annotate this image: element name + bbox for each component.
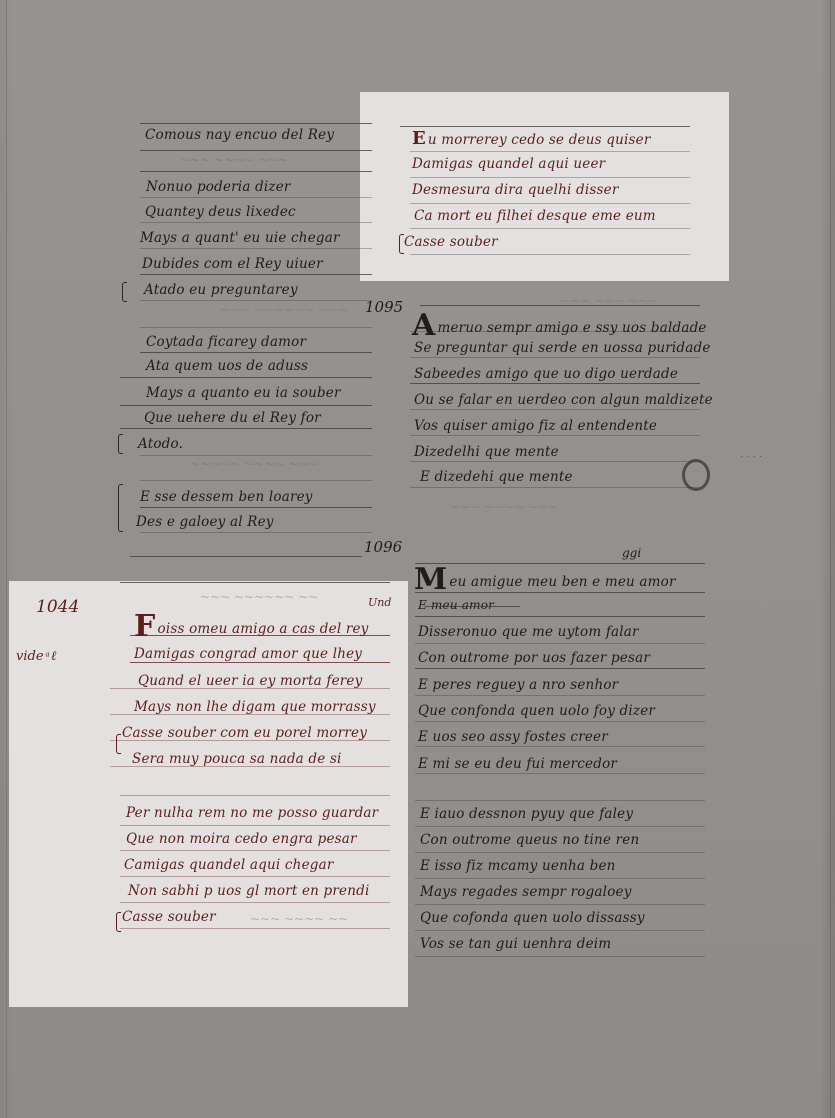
verse-line: Que confonda quen uolo foy dizer bbox=[418, 703, 655, 719]
verse-line: Nonuo poderia dizer bbox=[146, 179, 291, 195]
ink-circle-mark bbox=[682, 459, 710, 491]
verse-text: oiss omeu amigo a cas del rey bbox=[158, 621, 369, 637]
ruled-line bbox=[130, 556, 362, 557]
show-through-text: ~~~ ~~~ ~~~ bbox=[560, 294, 658, 308]
verse-line: Dizedelhi que mente bbox=[414, 444, 559, 460]
ruled-line bbox=[140, 248, 372, 249]
verse-line: Foiss omeu amigo a cas del rey bbox=[134, 612, 369, 642]
verse-line: Atodo. bbox=[138, 436, 183, 452]
ruled-line bbox=[140, 352, 372, 353]
verse-line: Camigas quandel aqui chegar bbox=[124, 857, 334, 873]
ruled-line bbox=[410, 203, 690, 204]
verse-line: Quand el ueer ia ey morta ferey bbox=[138, 673, 362, 689]
verse-line: Casse souber com eu porel morrey bbox=[122, 725, 367, 741]
folio-number-1044: 1044 bbox=[36, 597, 79, 617]
verse-line: Mays regades sempr rogaloey bbox=[420, 884, 632, 900]
initial-letter: M bbox=[414, 562, 447, 597]
verse-text: u morrerey cedo se deus quiser bbox=[428, 132, 651, 148]
show-through-text: ~~~ ~~~~~~ ~~ bbox=[200, 590, 318, 604]
verse-line: Vos quiser amigo fiz al entendente bbox=[414, 418, 657, 434]
strike-through-mark bbox=[425, 606, 520, 607]
verse-line: E uos seo assy fostes creer bbox=[418, 729, 608, 745]
initial-letter: E bbox=[412, 128, 426, 149]
ruled-line bbox=[415, 695, 705, 696]
folio-number-1095: 1095 bbox=[365, 298, 403, 316]
verse-line: Non sabhi p uos gl mort en prendi bbox=[128, 883, 370, 899]
ruled-line bbox=[415, 930, 705, 931]
marginal-note-ggi: ggi bbox=[622, 546, 641, 560]
marginal-note-und: Und bbox=[368, 596, 391, 609]
verse-line: E mi se eu deu fui mercedor bbox=[418, 756, 617, 772]
verse-line: E iauo dessnon pyuy que faley bbox=[420, 806, 633, 822]
show-through-text: ~~~ ~~~~ ~~~ bbox=[450, 500, 558, 514]
ruled-line bbox=[120, 405, 372, 406]
verse-line: Con outrome por uos fazer pesar bbox=[418, 650, 650, 666]
verse-line: Sera muy pouca sa nada de si bbox=[132, 751, 342, 767]
verse-line: Ou se falar en uerdeo con algun maldizet… bbox=[414, 392, 713, 408]
ruled-line bbox=[410, 435, 700, 436]
initial-letter: A bbox=[412, 308, 435, 343]
verse-line: Dubides com el Rey uiuer bbox=[142, 256, 323, 272]
ruled-line bbox=[140, 197, 372, 198]
ruled-line bbox=[415, 956, 705, 957]
verse-line: Que cofonda quen uolo dissassy bbox=[420, 910, 645, 926]
verse-line: Ca mort eu filhei desque eme eum bbox=[414, 208, 656, 224]
ruled-line bbox=[140, 274, 372, 275]
folio-number-1096: 1096 bbox=[364, 538, 402, 556]
verse-line-struck: E meu amor bbox=[418, 598, 494, 612]
verse-text: eu amigue meu ben e meu amor bbox=[449, 574, 675, 590]
ruled-line bbox=[415, 746, 705, 747]
ruled-line bbox=[410, 228, 690, 229]
verse-line: Se preguntar qui serde en uossa puridade bbox=[414, 340, 711, 356]
ruled-line bbox=[140, 480, 372, 481]
ruled-line bbox=[415, 852, 705, 853]
verse-line: Con outrome queus no tine ren bbox=[420, 832, 639, 848]
ruled-line bbox=[410, 357, 700, 358]
poem-heading: Comous nay encuo del Rey bbox=[145, 127, 334, 143]
verse-line: E dizedehi que mente bbox=[420, 469, 573, 485]
verse-line: Desmesura dira quelhi disser bbox=[412, 182, 619, 198]
verse-line: Que uehere du el Rey for bbox=[144, 410, 321, 426]
verse-text: meruo sempr amigo e ssy uos baldade bbox=[437, 320, 706, 336]
ruled-line bbox=[140, 327, 372, 328]
ruled-line bbox=[140, 532, 372, 533]
show-through-text: ~~~ ~~~~~~ ~~~ bbox=[220, 303, 348, 317]
verse-line: Sabeedes amigo que uo digo uerdade bbox=[414, 366, 678, 382]
show-through-text: ~~~~~ ~~~~ ~~~ bbox=[190, 457, 318, 471]
ruled-line bbox=[120, 582, 390, 583]
refrain-bracket bbox=[116, 734, 121, 754]
marginal-note-faint: · · · · bbox=[740, 452, 762, 463]
refrain-bracket bbox=[116, 912, 121, 932]
verse-line: Ameruo sempr amigo e ssy uos baldade bbox=[412, 311, 707, 341]
ruled-line bbox=[415, 904, 705, 905]
verse-line: Mays a quanto eu ia souber bbox=[146, 385, 341, 401]
verse-line: Casse souber bbox=[122, 909, 216, 925]
manuscript-page: ~~~ ~~~~ ~~~ ~~~ ~~~~~~ ~~~ ~~~~~ ~~~~ ~… bbox=[0, 0, 835, 1118]
verse-line: Que non moira cedo engra pesar bbox=[126, 831, 357, 847]
ruled-line bbox=[120, 902, 390, 903]
verse-line: Des e galoey al Rey bbox=[136, 514, 274, 530]
ruled-line bbox=[415, 721, 705, 722]
verse-line: Atado eu preguntarey bbox=[144, 282, 298, 298]
ruled-line bbox=[415, 616, 705, 617]
verse-line: Damigas quandel aqui ueer bbox=[412, 156, 605, 172]
initial-letter: F bbox=[134, 609, 156, 644]
verse-line: Damigas congrad amor que lhey bbox=[134, 646, 362, 662]
verse-line: E sse dessem ben loarey bbox=[140, 489, 313, 505]
ruled-line bbox=[415, 826, 705, 827]
ruled-line bbox=[140, 507, 372, 508]
ruled-line bbox=[140, 150, 372, 151]
page-left-edge bbox=[6, 0, 7, 1118]
ruled-line bbox=[120, 928, 390, 929]
ruled-line bbox=[410, 461, 700, 462]
verse-line: Eu morrerey cedo se deus quiser bbox=[412, 130, 650, 148]
verse-line: Mays a quant' eu uie chegar bbox=[140, 230, 340, 246]
verse-line: Coytada ficarey damor bbox=[146, 334, 306, 350]
ruled-line bbox=[120, 795, 390, 796]
verse-line: Per nulha rem no me posso guardar bbox=[126, 805, 378, 821]
verse-line: E isso fiz mcamy uenha ben bbox=[420, 858, 616, 874]
ruled-line bbox=[140, 123, 372, 124]
show-through-text: ~~~ ~~~~ ~~~ bbox=[180, 153, 288, 167]
verse-line: Vos se tan gui uenhra deim bbox=[420, 936, 611, 952]
refrain-bracket bbox=[118, 484, 123, 532]
ruled-line bbox=[410, 254, 690, 255]
ruled-line bbox=[120, 876, 390, 877]
marginal-note-vide: vide ͣ ℓ bbox=[16, 648, 56, 664]
refrain-bracket bbox=[118, 434, 123, 454]
verse-line: E peres reguey a nro senhor bbox=[418, 677, 618, 693]
ruled-line bbox=[410, 383, 700, 384]
ruled-line bbox=[415, 878, 705, 879]
ruled-line bbox=[120, 377, 372, 378]
ruled-line bbox=[415, 563, 705, 564]
show-through-text: ~~~ ~~~~ ~~ bbox=[250, 912, 348, 926]
ruled-line bbox=[120, 850, 390, 851]
ruled-line bbox=[140, 171, 372, 172]
ruled-line bbox=[140, 300, 372, 301]
ruled-line bbox=[400, 126, 690, 127]
verse-line: Disseronuo que me uytom falar bbox=[418, 624, 639, 640]
verse-line: Quantey deus lixedec bbox=[145, 204, 296, 220]
verse-line: Ata quem uos de aduss bbox=[146, 358, 308, 374]
verse-line: Meu amigue meu ben e meu amor bbox=[414, 565, 676, 595]
ruled-line bbox=[120, 428, 372, 429]
ruled-line bbox=[130, 662, 390, 663]
ruled-line bbox=[410, 487, 700, 488]
ruled-line bbox=[410, 177, 690, 178]
ruled-line bbox=[415, 668, 705, 669]
refrain-bracket bbox=[122, 282, 127, 302]
verse-line: Mays non lhe digam que morrassy bbox=[134, 699, 376, 715]
ruled-line bbox=[410, 409, 700, 410]
ruled-line bbox=[120, 825, 390, 826]
ruled-line bbox=[140, 222, 372, 223]
ruled-line bbox=[415, 773, 705, 774]
verse-line: Casse souber bbox=[404, 234, 498, 250]
ruled-line bbox=[140, 455, 372, 456]
ruled-line bbox=[415, 643, 705, 644]
page-right-edge bbox=[830, 0, 831, 1118]
ruled-line bbox=[410, 151, 690, 152]
ruled-line bbox=[415, 800, 705, 801]
highlight-region-bottom bbox=[9, 581, 408, 1007]
